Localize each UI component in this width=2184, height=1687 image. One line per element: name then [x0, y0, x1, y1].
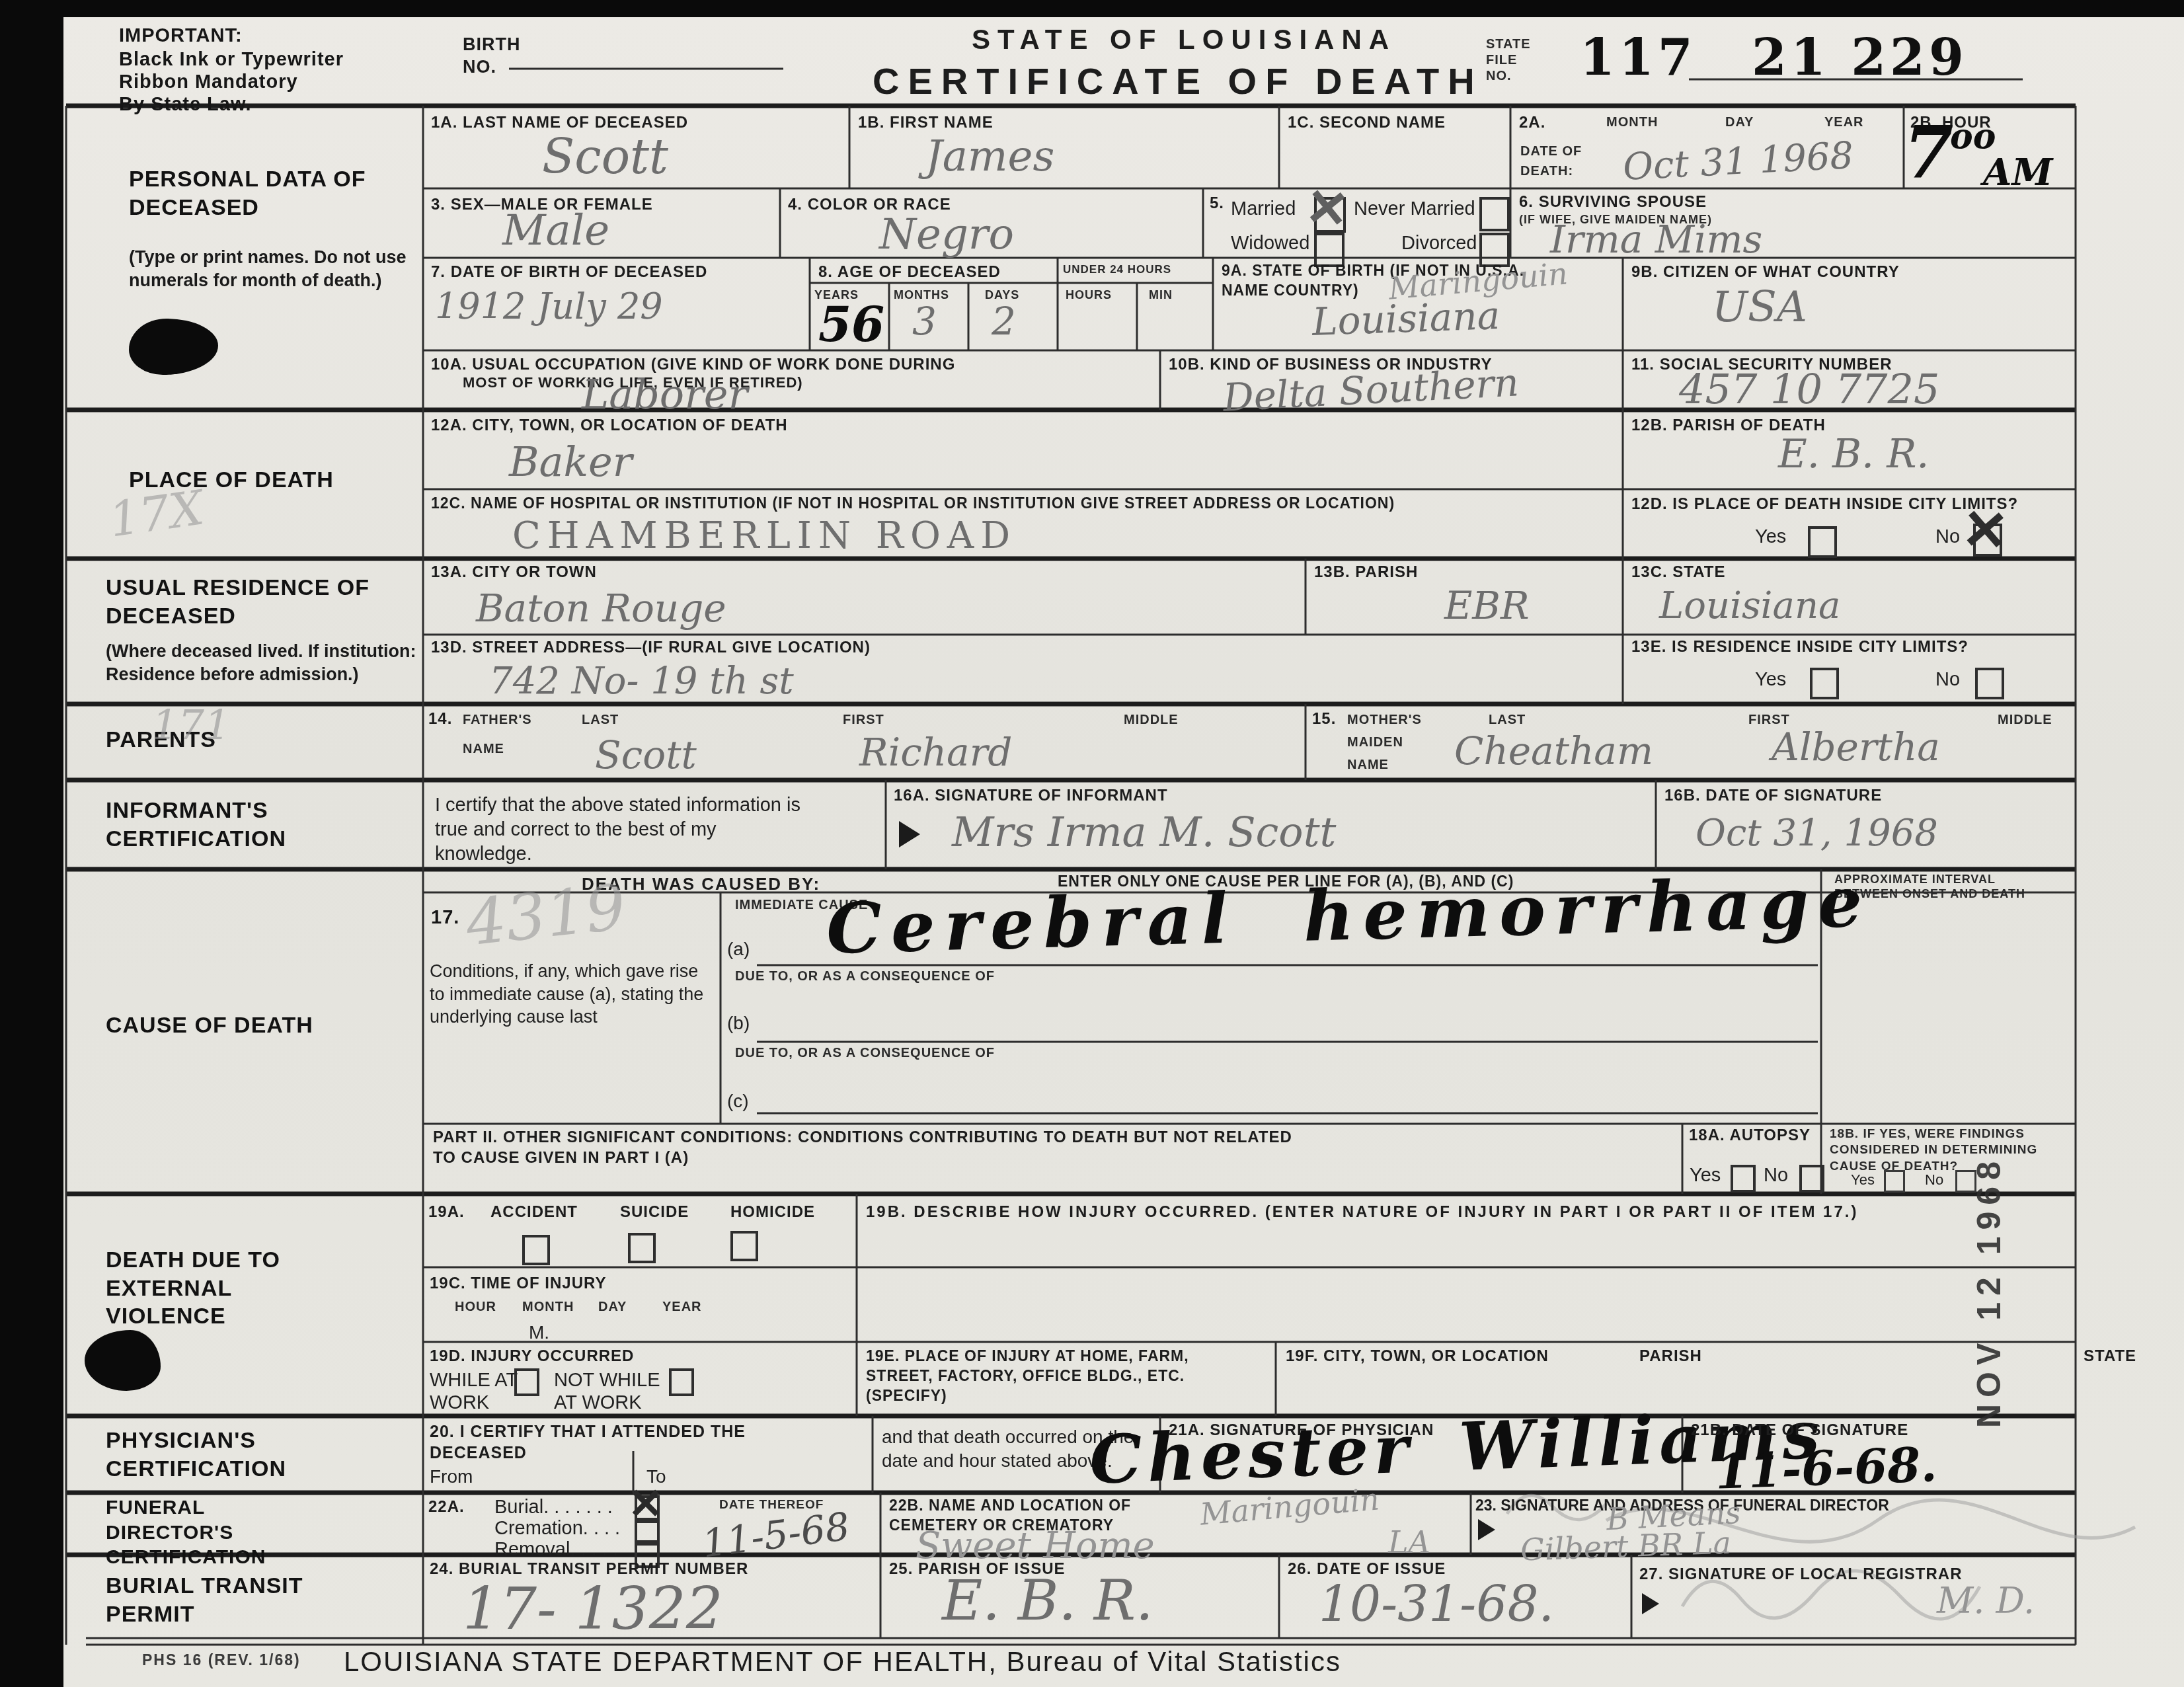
option-divorced-label: Divorced: [1401, 233, 1477, 255]
checkbox-13e-no: [1975, 668, 2004, 699]
field-7-value: 1912 July 29: [435, 286, 663, 327]
field-19c-day: DAY: [598, 1300, 627, 1315]
field-16a-value: Mrs Irma M. Scott: [952, 808, 1337, 856]
field-9a-sublabel: NAME COUNTRY): [1222, 282, 1359, 299]
field-2b-ampm: AM: [1983, 151, 2052, 194]
field-19a-label: 19A.: [428, 1203, 465, 1222]
section-personal-data: PERSONAL DATA OF DECEASED: [129, 165, 433, 221]
field-12d-no-label: No: [1935, 526, 1960, 548]
field-8-hours-caption: HOURS: [1066, 288, 1112, 302]
field-14-fathers-caption: FATHER'S: [463, 713, 532, 728]
checkbox-13e-yes: [1810, 668, 1839, 699]
field-19d-not-while: NOT WHILE: [554, 1370, 660, 1392]
field-6-label: 6. SURVIVING SPOUSE: [1519, 193, 1707, 212]
checkmark-married: ✕: [1302, 177, 1352, 241]
section-usual-residence-note: (Where deceased lived. If institution: R…: [106, 640, 416, 686]
field-15-first-value: Albertha: [1772, 725, 1940, 769]
checkbox-12d-yes: [1808, 526, 1837, 558]
option-married-label: Married: [1231, 198, 1296, 220]
field-22b-location-2: LA: [1388, 1524, 1430, 1560]
important-line-2: Ribbon Mandatory: [119, 71, 298, 93]
state-file-number-2: 21 229: [1752, 28, 1968, 87]
field-18b-label: 18B. IF YES, WERE FINDINGS CONSIDERED IN…: [1830, 1126, 2061, 1175]
checkbox-18a-yes: [1731, 1165, 1756, 1193]
field-19c-month: MONTH: [522, 1300, 574, 1315]
field-9b-value: USA: [1712, 283, 1807, 332]
section-burial-transit-permit: BURIAL TRANSIT PERMIT: [106, 1572, 370, 1628]
field-19c-hour: HOUR: [455, 1300, 496, 1315]
informant-certify-text: I certify that the above stated informat…: [435, 793, 818, 867]
birth-no-label-2: NO.: [463, 57, 496, 77]
received-date-stamp: NOV 12 1968: [1970, 1124, 2008, 1428]
field-2a-label: 2A.: [1519, 114, 1545, 132]
important-title: IMPORTANT:: [119, 25, 243, 47]
pencil-mark-171: 171: [152, 701, 230, 749]
field-22a-burial: Burial. . . . . . .: [494, 1497, 613, 1518]
field-4-value: Negro: [879, 210, 1014, 259]
due-to-caption-2: DUE TO, OR AS A CONSEQUENCE OF: [735, 1046, 995, 1061]
field-19a-suicide: SUICIDE: [620, 1203, 689, 1222]
checkbox-not-while-at-work: [669, 1368, 694, 1396]
field-22a-removal: Removal. . . . .: [494, 1539, 618, 1561]
field-16b-value: Oct 31, 1968: [1696, 812, 1938, 855]
field-8-months-value: 3: [912, 299, 937, 344]
state-of-louisiana: STATE OF LOUISIANA: [972, 24, 1396, 56]
option-widowed-label: Widowed: [1231, 233, 1309, 255]
field-2a-day-caption: DAY: [1725, 115, 1754, 130]
field-19d-work: WORK: [430, 1392, 489, 1414]
field-9b-label: 9B. CITIZEN OF WHAT COUNTRY: [1631, 263, 1900, 282]
field-9a-value-state: Louisiana: [1311, 293, 1501, 344]
field-19f-label: 19F. CITY, TOWN, OR LOCATION: [1286, 1347, 1549, 1366]
field-19c-year: YEAR: [662, 1300, 702, 1315]
field-14-last-value: Scott: [595, 732, 697, 777]
field-19a-accident: ACCIDENT: [490, 1203, 578, 1222]
field-2a-year-caption: YEAR: [1824, 115, 1864, 130]
field-2a-dateof-label: DATE OF: [1520, 144, 1582, 159]
field-15-middle-caption: MIDDLE: [1998, 713, 2052, 728]
field-15-maiden-caption: MAIDEN: [1347, 735, 1403, 750]
field-13e-yes-label: Yes: [1755, 669, 1786, 691]
field-13a-label: 13A. CITY OR TOWN: [431, 563, 597, 582]
certificate-title: CERTIFICATE OF DEATH: [873, 59, 1483, 102]
field-19c-m: M.: [529, 1322, 549, 1343]
cause-line-a-label: (a): [727, 939, 750, 960]
field-12a-value: Baker: [509, 438, 632, 486]
pointer-arrow-23: [1478, 1519, 1495, 1540]
field-19a-homicide: HOMICIDE: [730, 1203, 815, 1222]
checkbox-while-at-work: [514, 1368, 539, 1396]
field-15-last-value: Cheatham: [1454, 728, 1653, 773]
field-21b-value: 11-6-68.: [1715, 1436, 1938, 1500]
field-8-years-value: 56: [818, 296, 884, 352]
field-16b-label: 16B. DATE OF SIGNATURE: [1664, 787, 1882, 805]
field-2a-month-caption: MONTH: [1606, 115, 1658, 130]
pointer-arrow-16a: [899, 821, 920, 847]
checkbox-18b-yes: [1884, 1170, 1905, 1193]
section-funeral-directors-certification: FUNERAL DIRECTOR'S CERTIFICATION: [106, 1495, 304, 1570]
due-to-caption-1: DUE TO, OR AS A CONSEQUENCE OF: [735, 969, 995, 984]
field-19c-label: 19C. TIME OF INJURY: [430, 1275, 606, 1293]
field-23-value-2: Gilbert BR La: [1520, 1524, 1732, 1567]
field-17-label: 17.: [431, 907, 459, 929]
field-27-label: 27. SIGNATURE OF LOCAL REGISTRAR: [1639, 1565, 1962, 1584]
section-physicians-certification: PHYSICIAN'S CERTIFICATION: [106, 1427, 390, 1483]
field-13d-label: 13D. STREET ADDRESS—(IF RURAL GIVE LOCAT…: [431, 639, 871, 657]
field-2b-hour-value: 7: [1904, 111, 1953, 194]
state-file-number-1: 117: [1580, 28, 1697, 87]
section-usual-residence: USUAL RESIDENCE OF DECEASED: [106, 574, 423, 630]
field-20-from: From: [430, 1466, 473, 1487]
field-14-first-value: Richard: [859, 730, 1013, 775]
field-20-label-2: DECEASED: [430, 1444, 527, 1463]
cause-line-b-label: (b): [727, 1013, 750, 1034]
field-19b-label: 19B. DESCRIBE HOW INJURY OCCURRED. (ENTE…: [866, 1203, 1858, 1222]
checkbox-never-married: [1479, 197, 1510, 231]
scanned-death-certificate: { "header": { "important_title": "IMPORT…: [0, 0, 2184, 1687]
option-never-married-label: Never Married: [1354, 198, 1475, 220]
field-19e-label-1: 19E. PLACE OF INJURY AT HOME, FARM,: [866, 1347, 1189, 1365]
section-informants-certification: INFORMANT'S CERTIFICATION: [106, 797, 390, 853]
field-14-name-caption: NAME: [463, 742, 504, 757]
footer-agency: LOUISIANA STATE DEPARTMENT OF HEALTH, Bu…: [344, 1646, 1341, 1678]
field-18b-yes-label: Yes: [1851, 1171, 1875, 1189]
field-2a-death-label: DEATH:: [1520, 164, 1573, 179]
field-22a-cremation: Cremation. . . .: [494, 1518, 620, 1540]
field-25-value: E. B. R.: [942, 1568, 1153, 1633]
field-13e-label: 13E. IS RESIDENCE INSIDE CITY LIMITS?: [1631, 637, 2028, 658]
field-20-label-1: 20. I CERTIFY THAT I ATTENDED THE: [430, 1423, 746, 1442]
field-18a-label: 18A. AUTOPSY: [1689, 1126, 1811, 1145]
field-18b-no-label: No: [1925, 1171, 1943, 1189]
field-12d-yes-label: Yes: [1755, 526, 1786, 548]
state-file-label-2: FILE: [1486, 53, 1517, 68]
field-8-under24-caption: UNDER 24 HOURS: [1063, 263, 1171, 276]
field-18a-no-label: No: [1764, 1165, 1788, 1187]
field-3-value: Male: [502, 206, 609, 255]
field-16a-label: 16A. SIGNATURE OF INFORMANT: [894, 787, 1168, 805]
field-19e-label-3: (SPECIFY): [866, 1387, 947, 1405]
field-22a-label: 22A.: [428, 1498, 465, 1516]
field-22b-label-1: 22B. NAME AND LOCATION OF: [889, 1497, 1131, 1514]
part2-label: PART II. OTHER SIGNIFICANT CONDITIONS: C…: [433, 1128, 1306, 1168]
field-10a-value: Laborer: [582, 370, 748, 418]
field-13c-value: Louisiana: [1659, 584, 1840, 627]
field-6-value: Irma Mims: [1550, 217, 1762, 262]
checkmark-12d-no: ✕: [1960, 496, 2011, 565]
field-19f-state: STATE: [2084, 1347, 2136, 1366]
section-personal-data-note: (Type or print names. Do not use numeral…: [129, 246, 426, 292]
field-19d-at-work: AT WORK: [554, 1392, 642, 1414]
field-26-value: 10-31-68.: [1319, 1576, 1554, 1633]
field-15-label: 15.: [1312, 710, 1336, 728]
field-7-label: 7. DATE OF BIRTH OF DECEASED: [431, 263, 707, 282]
field-13c-label: 13C. STATE: [1631, 563, 1725, 582]
field-11-value: 457 10 7725: [1679, 365, 1939, 413]
field-15-last-caption: LAST: [1489, 713, 1526, 728]
field-19e-label-2: STREET, FACTORY, OFFICE BLDG., ETC.: [866, 1367, 1185, 1385]
field-1c-label: 1C. SECOND NAME: [1288, 114, 1446, 132]
field-5-label: 5.: [1210, 194, 1224, 213]
state-file-label-3: NO.: [1486, 69, 1512, 84]
field-12c-value: CHAMBERLIN ROAD: [512, 514, 1017, 557]
field-8-label: 8. AGE OF DECEASED: [818, 263, 1001, 282]
checkbox-accident: [522, 1235, 550, 1265]
field-8-days-value: 2: [992, 299, 1016, 344]
field-21b-label: 21B. DATE OF SIGNATURE: [1691, 1421, 1908, 1440]
field-15-mothers-caption: MOTHER'S: [1347, 713, 1422, 728]
field-14-first-caption: FIRST: [843, 713, 884, 728]
field-19d-while-at: WHILE AT: [430, 1370, 518, 1392]
field-1b-value: James: [925, 132, 1054, 181]
section-cause-of-death: CAUSE OF DEATH: [106, 1011, 313, 1040]
field-1a-value: Scott: [542, 129, 668, 184]
field-15-name-caption: NAME: [1347, 758, 1389, 773]
field-13d-value: 742 No- 19 th st: [489, 660, 794, 703]
form-number: PHS 16 (REV. 1/68): [142, 1651, 301, 1669]
field-24-value: 17- 1322: [463, 1575, 723, 1643]
state-file-label-1: STATE: [1486, 37, 1531, 52]
checkbox-18a-no: [1799, 1165, 1824, 1193]
field-1b-label: 1B. FIRST NAME: [858, 114, 994, 132]
checkbox-suicide: [628, 1233, 656, 1263]
field-13b-label: 13B. PARISH: [1314, 563, 1418, 582]
field-14-label: 14.: [428, 710, 452, 728]
field-27-value: M. D.: [1937, 1580, 2035, 1622]
important-line-1: Black Ink or Typewriter: [119, 49, 344, 71]
checkbox-homicide: [730, 1231, 758, 1261]
cause-line-c-label: (c): [727, 1091, 749, 1112]
field-12c-label: 12C. NAME OF HOSPITAL OR INSTITUTION (IF…: [431, 494, 1395, 512]
pointer-arrow-27: [1642, 1593, 1659, 1614]
field-12b-value: E. B. R.: [1778, 431, 1929, 477]
section-death-external-violence: DEATH DUE TO EXTERNAL VIOLENCE: [106, 1246, 324, 1331]
field-13e-no-label: No: [1935, 669, 1960, 691]
field-19d-label: 19D. INJURY OCCURRED: [430, 1347, 634, 1366]
birth-no-label-1: BIRTH: [463, 34, 521, 55]
field-14-last-caption: LAST: [582, 713, 619, 728]
field-19f-parish: PARISH: [1639, 1347, 1702, 1366]
field-14-middle-caption: MIDDLE: [1124, 713, 1179, 728]
important-line-3: By State Law.: [119, 94, 251, 116]
field-12a-label: 12A. CITY, TOWN, OR LOCATION OF DEATH: [431, 416, 788, 435]
field-13b-value: EBR: [1444, 583, 1530, 628]
field-17-conditions-note: Conditions, if any, which gave rise to i…: [430, 960, 714, 1029]
field-13a-value: Baton Rouge: [476, 586, 726, 631]
field-18a-yes-label: Yes: [1690, 1165, 1721, 1187]
field-8-min-caption: MIN: [1149, 288, 1173, 302]
